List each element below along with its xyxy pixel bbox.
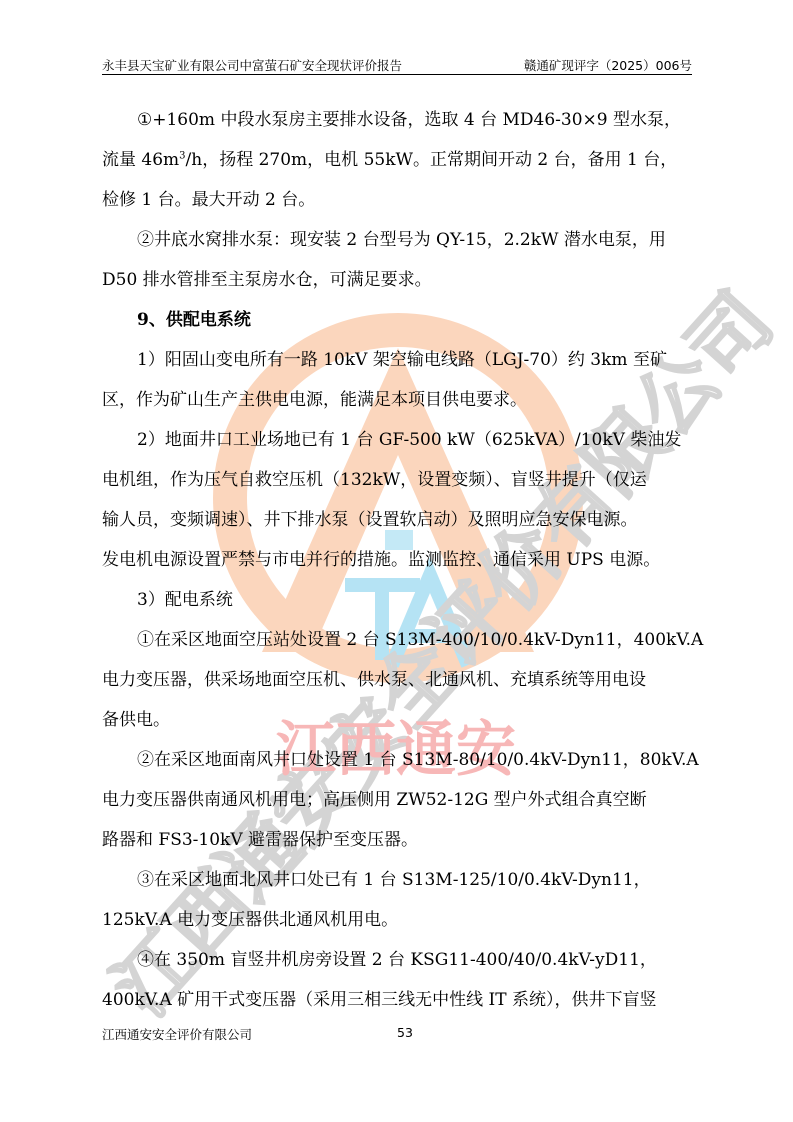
paragraph-line: 区，作为矿山生产主供电电源，能满足本项目供电要求。 <box>102 390 527 410</box>
paragraph-line: 电机组，作为压气自救空压机（132kW，设置变频）、盲竖井提升（仅运 <box>102 470 647 490</box>
page-footer: 江西通安安全评价有限公司 53 <box>102 1025 692 1041</box>
paragraph-line: D50 排水管排至主泵房水仓，可满足要求。 <box>102 270 432 290</box>
paragraph-line: ③在采区地面北风井口处已有 1 台 S13M-125/10/0.4kV-Dyn1… <box>137 870 651 890</box>
paragraph-line: 2）地面井口工业场地已有 1 台 GF-500 kW（625kVA）/10kV … <box>137 430 681 450</box>
paragraph-line: 125kV.A 电力变压器供北通风机用电。 <box>102 910 398 930</box>
paragraph-line: 输人员，变频调速）、井下排水泵（设置软启动）及照明应急安保电源。 <box>102 510 638 530</box>
paragraph-line: ①+160m 中段水泵房主要排水设备，选取 4 台 MD46-30×9 型水泵， <box>137 110 681 130</box>
paragraph-line: ②在采区地面南风井口处设置 1 台 S13M-80/10/0.4kV-Dyn11… <box>137 750 699 770</box>
footer-company: 江西通安安全评价有限公司 <box>102 1025 252 1043</box>
paragraph-line: 备供电。 <box>102 710 170 730</box>
document-page: 江西通安安全评价有限公司 江西通安 永丰县天宝矿业有限公司中富萤石矿安全现状评价… <box>0 0 793 1122</box>
header-report-title: 永丰县天宝矿业有限公司中富萤石矿安全现状评价报告 <box>102 56 402 74</box>
paragraph-line: 检修 1 台。最大开动 2 台。 <box>102 190 315 210</box>
paragraph-line: 电力变压器，供采场地面空压机、供水泵、北通风机、充填系统等用电设 <box>102 670 646 690</box>
paragraph-line: 电力变压器供南通风机用电；高压侧用 ZW52-12G 型户外式组合真空断 <box>102 790 647 810</box>
paragraph-line: 路器和 FS3-10kV 避雷器保护至变压器。 <box>102 830 418 850</box>
paragraph-line: 1）阳固山变电所有一路 10kV 架空输电线路（LGJ-70）约 3km 至矿 <box>137 350 667 370</box>
page-header: 永丰县天宝矿业有限公司中富萤石矿安全现状评价报告 赣通矿现评字（2025）006… <box>102 56 692 75</box>
paragraph-line: ②井底水窝排水泵：现安装 2 台型号为 QY-15，2.2kW 潜水电泵，用 <box>137 230 666 250</box>
paragraph-line: ①在采区地面空压站处设置 2 台 S13M-400/10/0.4kV-Dyn11… <box>137 630 703 650</box>
paragraph-line: 3）配电系统 <box>137 590 233 610</box>
section-heading: 9、供配电系统 <box>137 310 251 330</box>
paragraph-line: 流量 46m3/h，扬程 270m，电机 55kW。正常期间开动 2 台，备用 … <box>102 150 677 170</box>
page-number: 53 <box>397 1025 413 1040</box>
header-document-number: 赣通矿现评字（2025）006号 <box>524 56 692 74</box>
paragraph-line: ④在 350m 盲竖井机房旁设置 2 台 KSG11-400/40/0.4kV-… <box>137 950 657 970</box>
paragraph-line: 400kV.A 矿用干式变压器（采用三相三线无中性线 IT 系统），供井下盲竖 <box>102 990 657 1010</box>
paragraph-line: 发电机电源设置严禁与市电并行的措施。监测监控、通信采用 UPS 电源。 <box>102 550 660 570</box>
